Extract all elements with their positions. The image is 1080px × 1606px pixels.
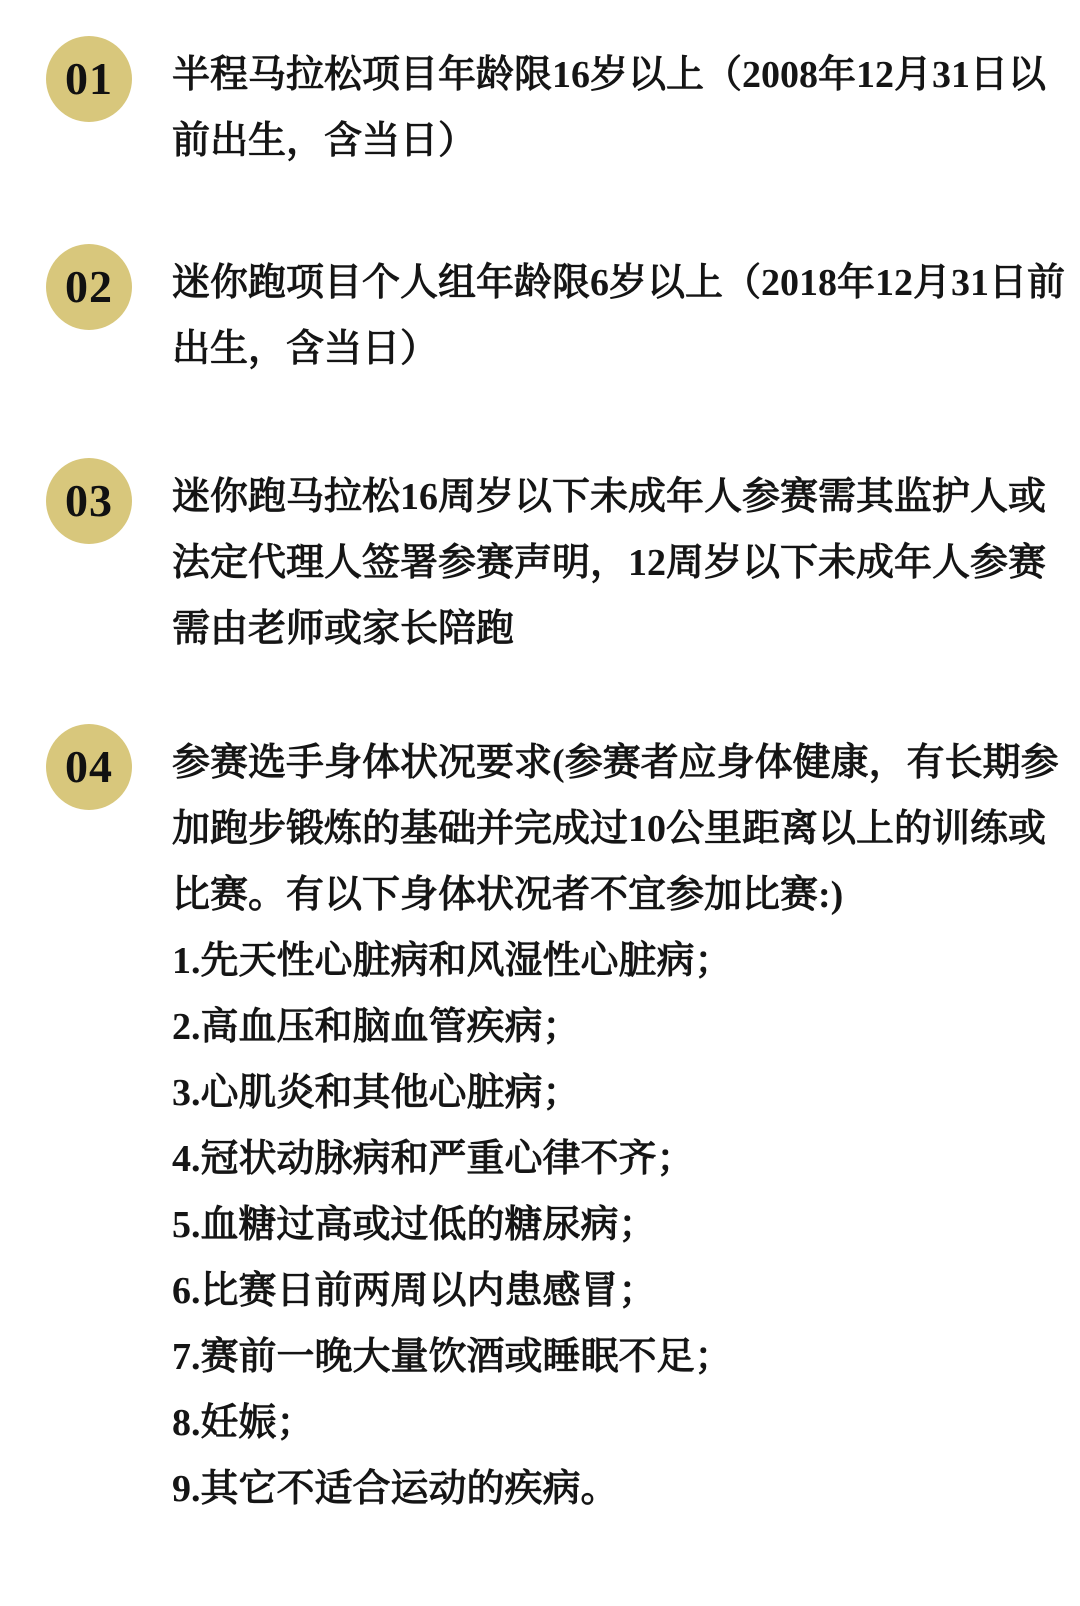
rule-text-04: 参赛选手身体状况要求(参赛者应身体健康，有长期参 加跑步锻炼的基础并完成过10公…: [172, 730, 1059, 1522]
health-condition-item: 5.血糖过高或过低的糖尿病；: [172, 1192, 1059, 1258]
rule-line: 加跑步锻炼的基础并完成过10公里距离以上的训练或: [172, 796, 1059, 862]
item-number-badge-02: 02: [46, 244, 132, 330]
rule-item-03: 03 迷你跑马拉松16周岁以下未成年人参赛需其监护人或 法定代理人签署参赛声明，…: [0, 464, 1080, 662]
rule-text-01: 半程马拉松项目年龄限16岁以上（2008年12月31日以 前出生，含当日）: [172, 42, 1046, 174]
rule-line: 出生，含当日）: [172, 316, 1065, 382]
item-number: 01: [65, 56, 113, 102]
rule-item-04: 04 参赛选手身体状况要求(参赛者应身体健康，有长期参 加跑步锻炼的基础并完成过…: [0, 730, 1080, 1522]
rule-item-02: 02 迷你跑项目个人组年龄限6岁以上（2018年12月31日前 出生，含当日）: [0, 250, 1080, 382]
item-number-badge-01: 01: [46, 36, 132, 122]
rule-line: 迷你跑马拉松16周岁以下未成年人参赛需其监护人或: [172, 464, 1046, 530]
health-condition-item: 1.先天性心脏病和风湿性心脏病；: [172, 928, 1059, 994]
health-condition-item: 6.比赛日前两周以内患感冒；: [172, 1258, 1059, 1324]
health-condition-item: 3.心肌炎和其他心脏病；: [172, 1060, 1059, 1126]
rule-line: 比赛。有以下身体状况者不宜参加比赛:): [172, 862, 1059, 928]
rule-item-01: 01 半程马拉松项目年龄限16岁以上（2008年12月31日以 前出生，含当日）: [0, 42, 1080, 174]
rule-text-02: 迷你跑项目个人组年龄限6岁以上（2018年12月31日前 出生，含当日）: [172, 250, 1065, 382]
health-condition-item: 4.冠状动脉病和严重心律不齐；: [172, 1126, 1059, 1192]
item-number: 02: [65, 264, 113, 310]
health-condition-item: 7.赛前一晚大量饮酒或睡眠不足；: [172, 1324, 1059, 1390]
rule-text-03: 迷你跑马拉松16周岁以下未成年人参赛需其监护人或 法定代理人签署参赛声明，12周…: [172, 464, 1046, 662]
rule-line: 参赛选手身体状况要求(参赛者应身体健康，有长期参: [172, 730, 1059, 796]
rule-line: 法定代理人签署参赛声明，12周岁以下未成年人参赛: [172, 530, 1046, 596]
item-number-badge-04: 04: [46, 724, 132, 810]
item-number-badge-03: 03: [46, 458, 132, 544]
item-number: 03: [65, 478, 113, 524]
health-condition-item: 9.其它不适合运动的疾病。: [172, 1456, 1059, 1522]
health-condition-item: 2.高血压和脑血管疾病；: [172, 994, 1059, 1060]
rule-line: 前出生，含当日）: [172, 108, 1046, 174]
rule-line: 迷你跑项目个人组年龄限6岁以上（2018年12月31日前: [172, 250, 1065, 316]
health-condition-item: 8.妊娠；: [172, 1390, 1059, 1456]
rules-page: 01 半程马拉松项目年龄限16岁以上（2008年12月31日以 前出生，含当日）…: [0, 0, 1080, 1606]
rule-line: 需由老师或家长陪跑: [172, 596, 1046, 662]
item-number: 04: [65, 744, 113, 790]
rule-line: 半程马拉松项目年龄限16岁以上（2008年12月31日以: [172, 42, 1046, 108]
